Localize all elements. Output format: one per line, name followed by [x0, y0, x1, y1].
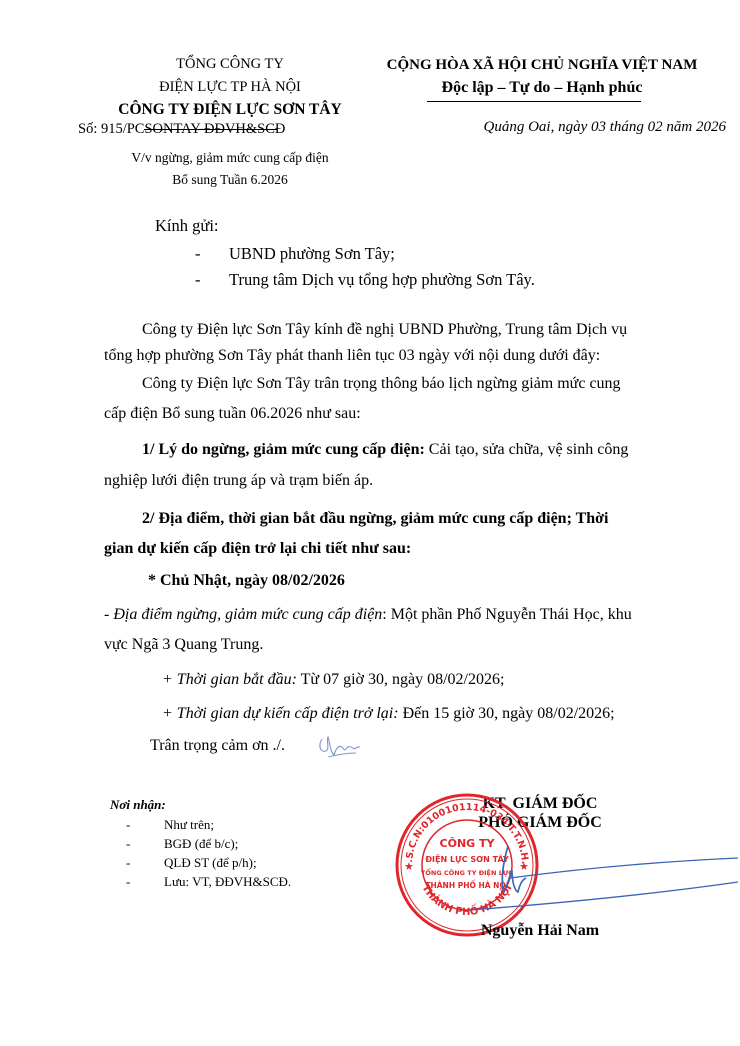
restore-time: + Thời gian dự kiến cấp điện trở lại: Đế…	[162, 705, 615, 723]
addressee-item: -Trung tâm Dịch vụ tổng hợp phường Sơn T…	[195, 270, 535, 290]
start-label: + Thời gian bắt đầu:	[162, 671, 297, 688]
section1-line2: nghiệp lưới điện trung áp và trạm biến á…	[104, 472, 373, 490]
org-name-text: CÔNG TY ĐIỆN LỰC SƠN TÂY	[118, 101, 342, 118]
closing: Trân trọng cảm ơn ./.	[150, 737, 285, 755]
addressee-text: Trung tâm Dịch vụ tổng hợp phường Sơn Tâ…	[229, 270, 535, 289]
restore-label: + Thời gian dự kiến cấp điện trở lại:	[162, 705, 399, 722]
section1-text: Cải tạo, sửa chữa, vệ sinh công	[425, 441, 629, 458]
doc-number: Số: 915/PCSONTAY-ĐĐVH&SCĐ	[78, 121, 285, 138]
para2-line1: Công ty Điện lực Sơn Tây trân trọng thôn…	[142, 375, 621, 393]
addressee-text: UBND phường Sơn Tây;	[229, 244, 395, 263]
recipient-text: Lưu: VT, ĐĐVH&SCĐ.	[164, 874, 291, 889]
recipient-text: BGĐ (để b/c);	[164, 836, 238, 851]
list-dash: -	[126, 817, 164, 833]
location-line2: vực Ngã 3 Quang Trung.	[104, 636, 263, 654]
initial-signature-icon	[316, 731, 364, 763]
national-motto: Độc lập – Tự do – Hạnh phúc	[362, 79, 722, 97]
place-date: Quảng Oai, ngày 03 tháng 02 năm 2026	[484, 119, 727, 136]
svg-text:★: ★	[404, 861, 414, 873]
location-text: : Một phần Phố Nguyễn Thái Học, khu	[382, 606, 631, 623]
director-signature-icon	[470, 840, 740, 920]
location-line1: - Địa điểm ngừng, giảm mức cung cấp điện…	[104, 606, 632, 624]
motto-underline	[427, 101, 641, 102]
org-parent-line2: ĐIỆN LỰC TP HÀ NỘI	[80, 79, 380, 96]
list-dash: -	[126, 836, 164, 852]
section2-line1: 2/ Địa điểm, thời gian bắt đầu ngừng, gi…	[142, 510, 608, 528]
restore-value: Đến 15 giờ 30, ngày 08/02/2026;	[399, 705, 615, 722]
location-label: - Địa điểm ngừng, giảm mức cung cấp điện	[104, 606, 382, 623]
signer-name: Nguyễn Hải Nam	[440, 922, 640, 940]
section2-line2: gian dự kiến cấp điện trở lại chi tiết n…	[104, 540, 411, 558]
subject-line1: V/v ngừng, giảm mức cung cấp điện	[80, 150, 380, 166]
subject-line2: Bổ sung Tuần 6.2026	[80, 172, 380, 188]
para1-line2: tổng hợp phường Sơn Tây phát thanh liên …	[104, 347, 600, 365]
addressee-item: -UBND phường Sơn Tây;	[195, 244, 395, 264]
para1-line1: Công ty Điện lực Sơn Tây kính đề nghị UB…	[142, 321, 627, 339]
section1-label: 1/ Lý do ngừng, giảm mức cung cấp điện:	[142, 441, 425, 458]
section1-line1: 1/ Lý do ngừng, giảm mức cung cấp điện: …	[142, 441, 628, 459]
list-dash: -	[195, 270, 229, 290]
recipient-item: -BGĐ (để b/c);	[126, 836, 238, 852]
list-dash: -	[126, 855, 164, 871]
org-parent-line1: TỔNG CÔNG TY	[80, 56, 380, 73]
start-value: Từ 07 giờ 30, ngày 08/02/2026;	[297, 671, 505, 688]
para2-line2: cấp điện Bổ sung tuần 06.2026 như sau:	[104, 405, 361, 423]
recipient-item: -QLĐ ST (để p/h);	[126, 855, 257, 871]
national-title: CỘNG HÒA XÃ HỘI CHỦ NGHĨA VIỆT NAM	[362, 57, 722, 74]
list-dash: -	[195, 244, 229, 264]
start-time: + Thời gian bắt đầu: Từ 07 giờ 30, ngày …	[162, 671, 504, 689]
addressee-label: Kính gửi:	[155, 216, 219, 236]
day-heading: * Chủ Nhật, ngày 08/02/2026	[148, 572, 345, 590]
recipient-item: -Như trên;	[126, 817, 214, 833]
recipient-item: -Lưu: VT, ĐĐVH&SCĐ.	[126, 874, 291, 890]
recipients-label: Nơi nhận:	[110, 797, 166, 813]
recipient-text: Như trên;	[164, 817, 214, 832]
org-name: CÔNG TY ĐIỆN LỰC SƠN TÂY	[80, 101, 380, 119]
list-dash: -	[126, 874, 164, 890]
recipient-text: QLĐ ST (để p/h);	[164, 855, 257, 870]
